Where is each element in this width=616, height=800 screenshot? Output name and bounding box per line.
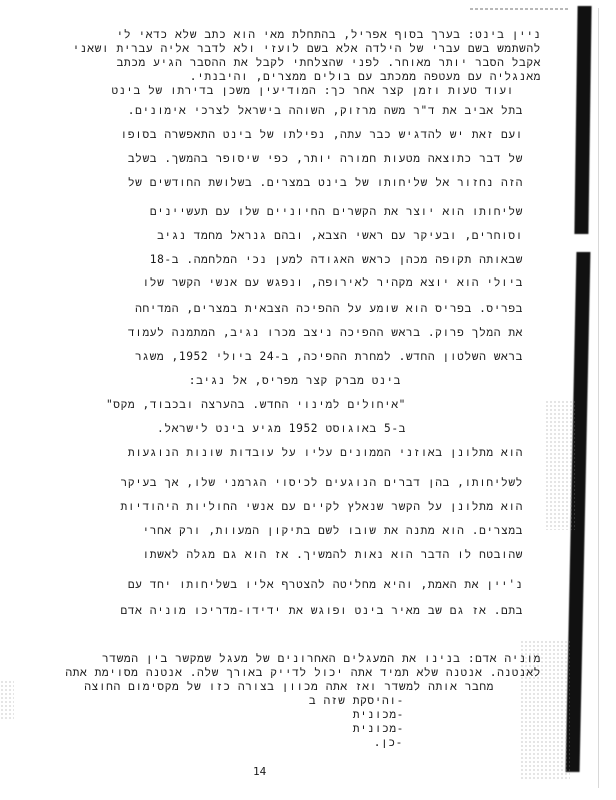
text-line: שבאותה תקופה מכהן כראש האגודה למען נכי ה… bbox=[150, 253, 523, 267]
text-line: במצרים. הוא מתנה את שובו לשם בתיקון המעו… bbox=[142, 524, 523, 538]
text-line: שהובטח לו הדבר הוא נאות להמשיך. אז הוא ג… bbox=[142, 548, 523, 562]
text-line: ועם זאת יש להדגיש כבר עתה, נפילתו של בינ… bbox=[121, 128, 524, 142]
page-number: 14 bbox=[253, 765, 266, 778]
text-line: אקבל הסבר יותר מאוחר. לפני שהצלחתי לקבל … bbox=[117, 56, 541, 70]
text-line: הוא מתלונן על הקשר שנאלץ לקיים עם אנשי ה… bbox=[121, 500, 523, 514]
text-line: שליחותו הוא יוצר את הקשרים החיוניים שלו … bbox=[150, 205, 523, 219]
text-line: ניין בינט: בערך בסוף אפריל, בהתחלת מאי ה… bbox=[117, 28, 541, 42]
text-line: -והיסקת שזה ב bbox=[309, 694, 404, 708]
text-line: לשליחותו, בהן דברים הנוגעים לכיסוי הגרמנ… bbox=[121, 476, 523, 490]
text-line: מוניה אדם: בנינו את המעגלים האחרונים של … bbox=[102, 652, 541, 666]
text-line: וסוחרים, ובעיקר עם ראשי הצבא, ובהם גנראל… bbox=[157, 229, 523, 243]
text-line: הזה נחזור אל שליחותו של בינט במצרים. בשל… bbox=[128, 176, 523, 190]
page-edge bbox=[598, 8, 599, 788]
text-line: ב-5 באוגוסט 1952 מגיע בינט לישראל. bbox=[157, 422, 406, 436]
scan-noise bbox=[545, 400, 575, 530]
text-line: "איחולים למינוי החדש. בהערצה ובכבוד, מקס… bbox=[106, 398, 406, 412]
text-line: -כן. bbox=[374, 736, 403, 750]
text-line: נ'יין את האמת, והיא מחליטה להצטרף אליו ב… bbox=[128, 578, 523, 592]
text-line: בתם. אז גם שב מאיר בינט ופוגש את ידידו-מ… bbox=[120, 604, 523, 618]
text-line: של דבר כתוצאה מטעות חמורה יותר, כפי שיסו… bbox=[128, 152, 523, 166]
text-line: לאנטנה. אנטנה שלא תמיד אתה יכול לדייק בא… bbox=[65, 666, 541, 680]
scan-noise bbox=[0, 680, 14, 720]
text-line: בראש השלטון החדש. למחרת ההפיכה, ב-24 ביו… bbox=[135, 350, 523, 364]
text-line: מחבר אותה למשדר ואז אתה מכוון בצורה כזו … bbox=[84, 680, 494, 694]
text-line: להשתמש בשם עברי של הילדה אלא בשם לועזי ו… bbox=[73, 42, 541, 56]
text-line: ביולי הוא יוצא מקהיר לאירופה, ונפגש עם א… bbox=[142, 276, 523, 290]
text-line: בתל אביב את ד"ר משה מרזוק, השוהה בישראל … bbox=[128, 104, 523, 118]
scan-artifact-top bbox=[470, 8, 570, 10]
text-line: -מכונית bbox=[353, 722, 404, 736]
text-line: מאנגליה עם מעטפה ממכתב עם בולים ממצרים, … bbox=[190, 70, 541, 84]
text-line: את המלך פרוק. בראש ההפיכה ניצב מכרו נגיב… bbox=[128, 326, 523, 340]
text-line: בינט מברק קצר מפריס, אל נגיב: bbox=[189, 374, 401, 388]
text-line: -מכונית bbox=[353, 708, 404, 722]
binding-strip bbox=[574, 6, 591, 234]
text-line: הוא מתלונן באוזני הממונים עליו על עובדות… bbox=[128, 446, 523, 460]
text-line: ועוד טעות וזמן קצר אחר כך: המודיעין משכן… bbox=[112, 84, 515, 98]
scanned-document-page: ניין בינט: בערך בסוף אפריל, בהתחלת מאי ה… bbox=[0, 0, 616, 800]
text-line: בפריס. בפריס הוא שומע על ההפיכה הצבאית ב… bbox=[135, 302, 523, 316]
